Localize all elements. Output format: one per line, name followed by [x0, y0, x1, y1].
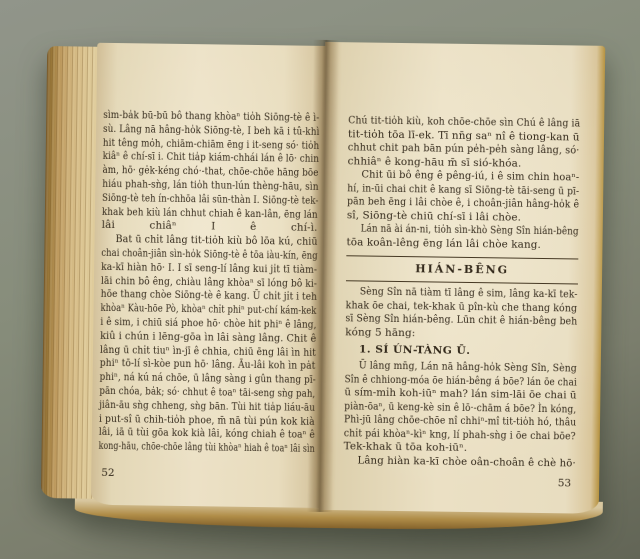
photo-background: sìm-ba̍k bū-bū bô thang khòaⁿ tio̍h Siōn… — [0, 0, 640, 559]
paragraph: Lâng hiàn ka-kī chòe oân-choân ê chè hō· — [343, 454, 575, 471]
paragraph: sìm-ba̍k bū-bū bô thang khòaⁿ tio̍h Siōn… — [102, 109, 320, 236]
heading-rule — [346, 255, 578, 259]
text-line: tōa koân-lêng ēng lán lâi chòe kang. — [346, 236, 541, 252]
paragraph: Bat ū chi̍t lâng tit-tio̍h kiù bô lōa kú… — [99, 233, 318, 457]
paragraph: Lán nā ài án-ni, tio̍h sìn-khò Sèng Sîn … — [346, 222, 578, 252]
section-heading: HIÁN-BÊNG — [346, 260, 578, 279]
text-line: kóng 5 hāng: — [345, 326, 415, 340]
open-book: sìm-ba̍k bū-bū bô thang khòaⁿ tio̍h Siōn… — [41, 36, 616, 522]
paragraph: Chú tit-tio̍h kiù, koh chōe-chōe sìn Chú… — [348, 114, 581, 171]
page-number: 52 — [101, 467, 115, 479]
text-line: Lâng hiàn ka-kī chòe oân-choân ê chè hō· — [357, 454, 576, 471]
left-page: sìm-ba̍k bū-bū bô thang khòaⁿ tio̍h Siōn… — [91, 43, 325, 508]
right-page: Chú tit-tio̍h kiù, koh chōe-chōe sìn Chú… — [319, 42, 606, 514]
text-line: kong-hāu, chōe-chōe lâng tùi khòaⁿ hiah … — [99, 440, 315, 457]
paragraph: Sèng Sîn nā tiàm tī lâng ê sim, lâng ka-… — [345, 285, 578, 342]
subsection-heading: 1. SÍ ÚN-TÀNG Ū. — [359, 342, 577, 360]
heading-rule — [346, 280, 578, 284]
paragraph: Chit ūi bô êng ê pêng-iú, i ê sim chin h… — [347, 168, 580, 225]
page-number: 53 — [558, 477, 572, 489]
paragraph: Ū lâng mn̄g, Lán nā hâng-ho̍k Sèng Sîn, … — [344, 359, 577, 457]
